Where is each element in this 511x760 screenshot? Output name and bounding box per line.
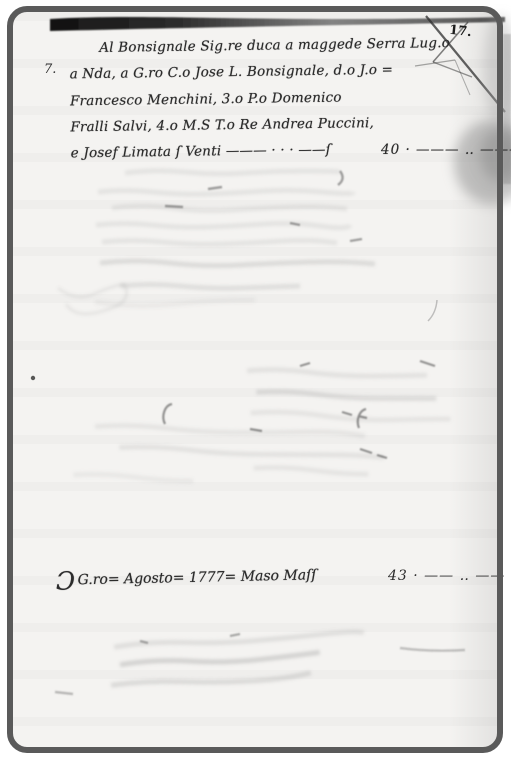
date-text: G.ro= Agosto= 1777= Maso Maſſ [77, 567, 316, 588]
date-line: Ɔ G.ro= Agosto= 1777= Maso Maſſ [56, 561, 317, 595]
entry-line: Fralli Salvi, 4.o M.S T.o Re Andrea Pucc… [70, 110, 406, 141]
entry-amount: 40 · ——— ‥ ——— [381, 142, 511, 158]
entry-line: a Nda, a G.ro C.o Jose L. Bonsignale, d.… [69, 57, 405, 88]
folio-number: 17. [448, 23, 472, 40]
entry-line: e Josef Limata ſ Venti ——— · · · ——ſ [71, 136, 407, 167]
manuscript-text-layer: 17. 7. Al Bonsignale Sig.re duca a magge… [0, 0, 511, 760]
entry-text: Al Bonsignale Sig.re duca a maggede Serr… [69, 31, 407, 167]
scanned-manuscript-page: 17. 7. Al Bonsignale Sig.re duca a magge… [0, 0, 511, 760]
entry-item-number: 7. [44, 62, 56, 77]
date-flourish: Ɔ [56, 566, 74, 595]
date-amount: 43 · —— ‥ —— [388, 568, 505, 584]
